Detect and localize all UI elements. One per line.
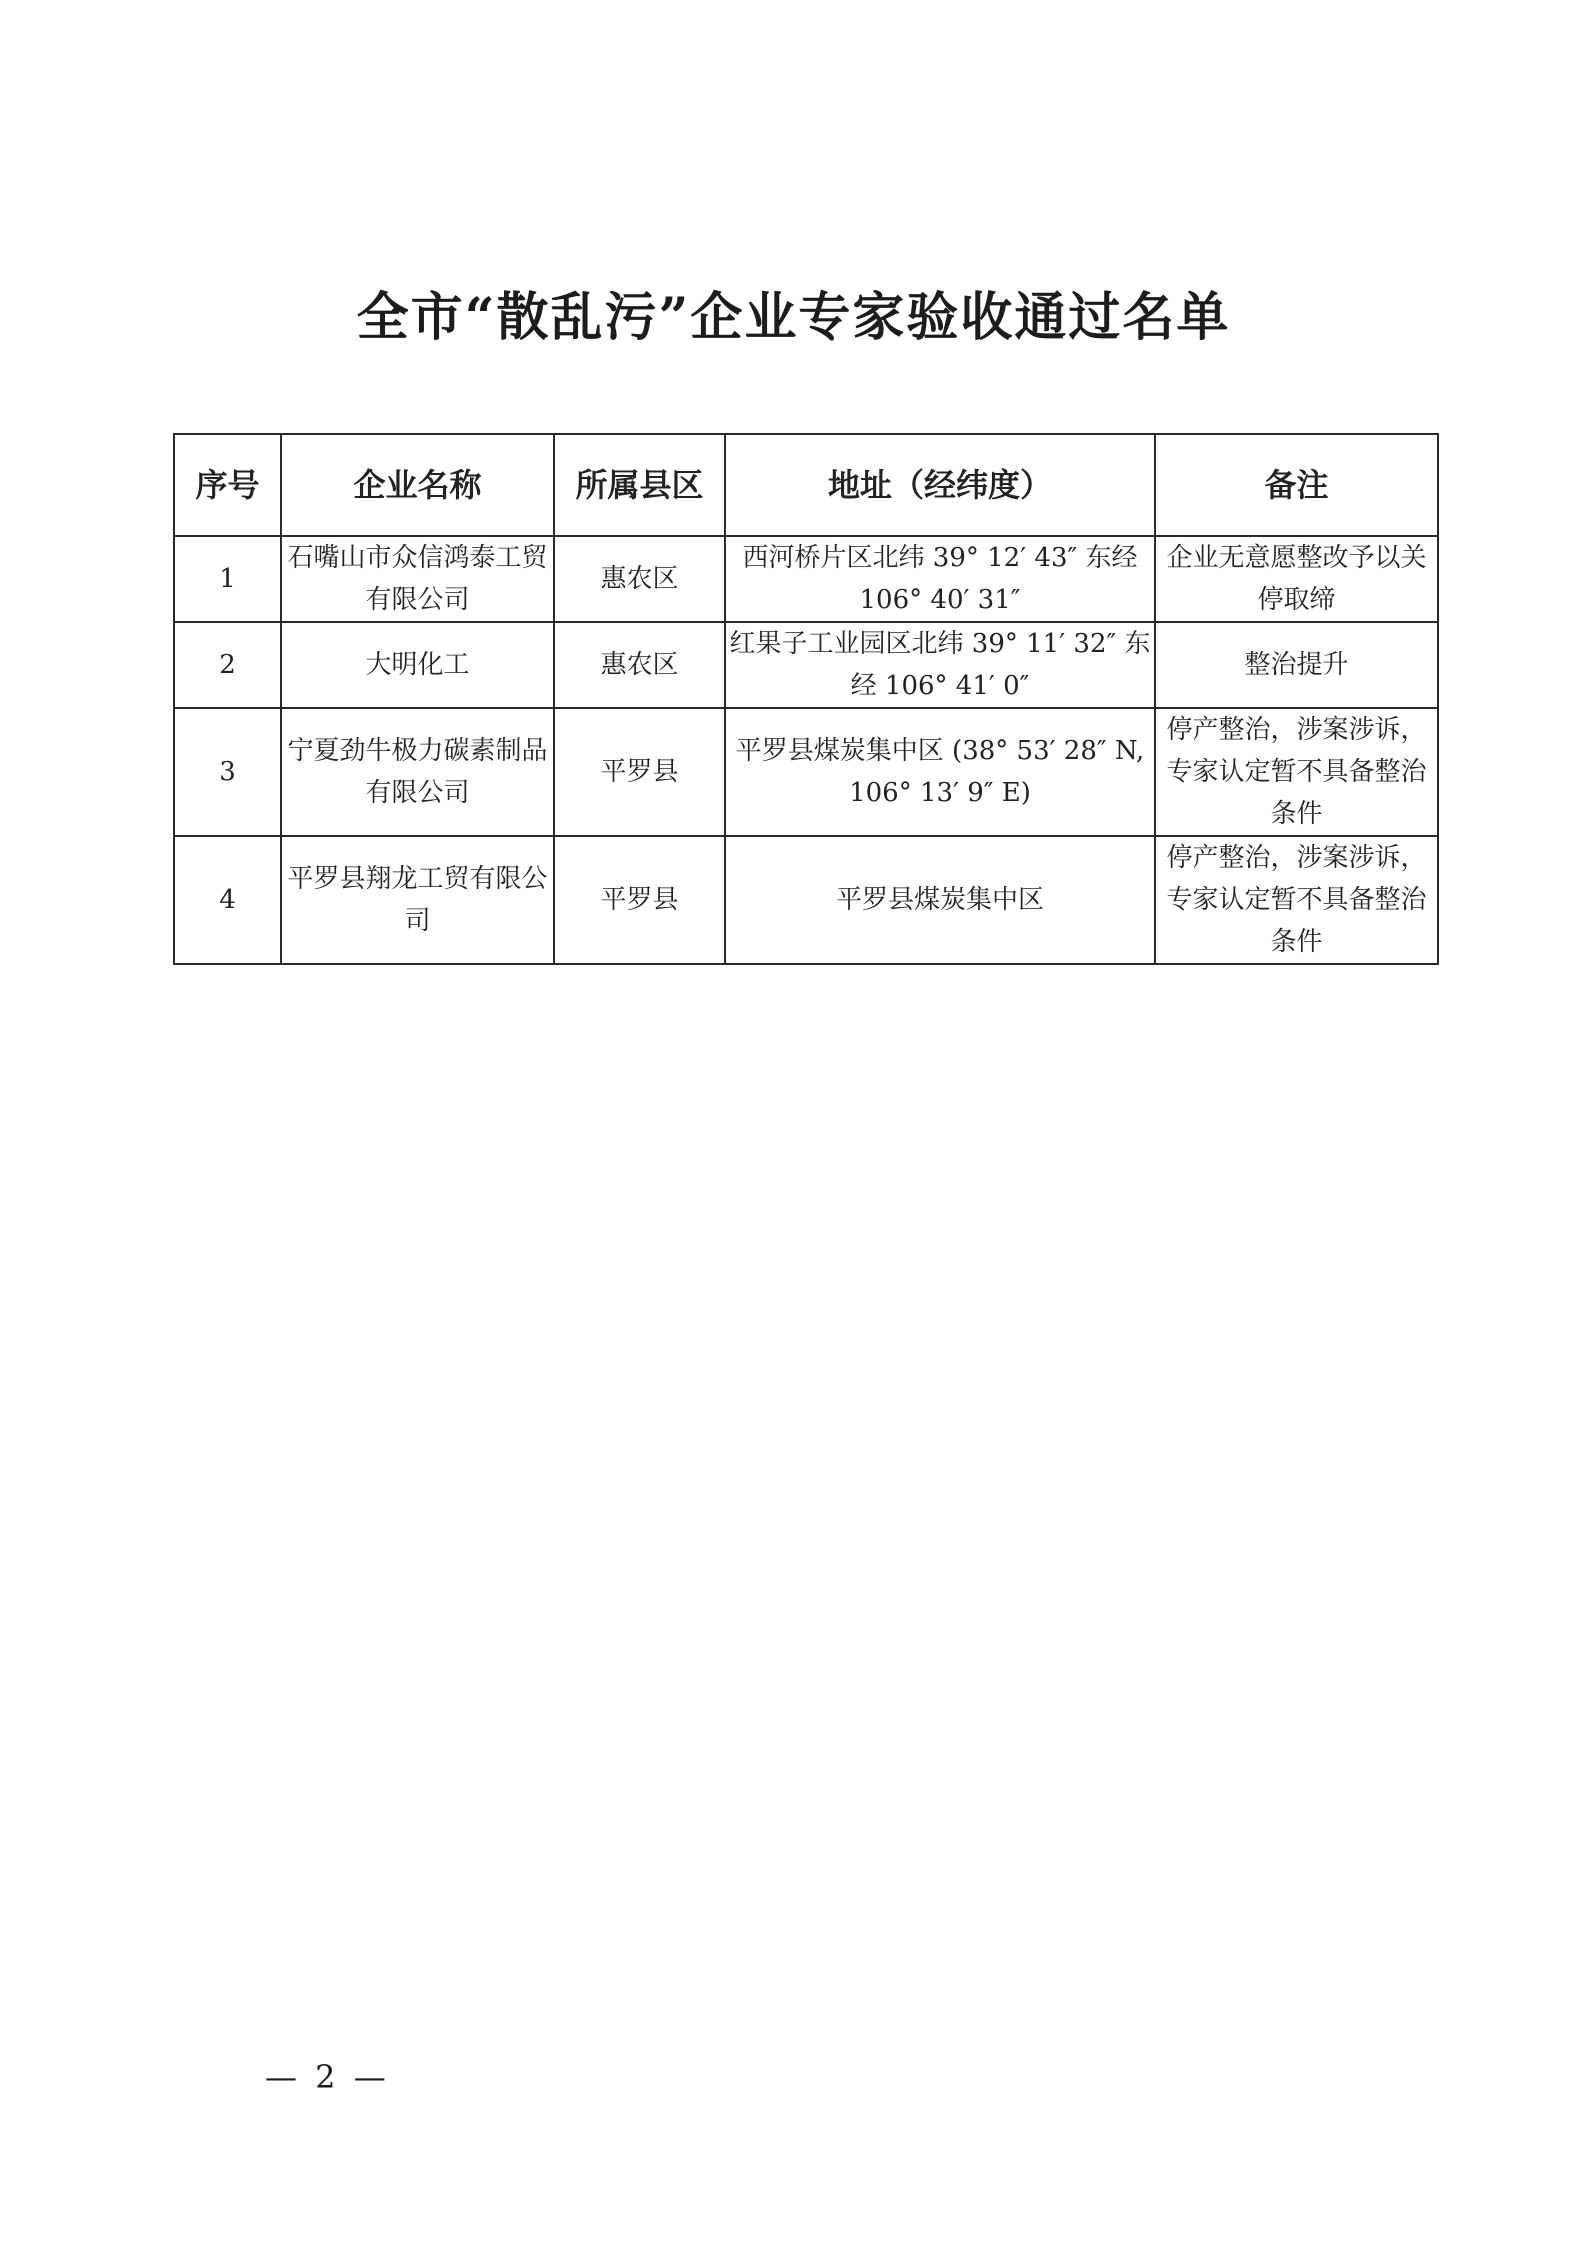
header-remark: 备注 bbox=[1155, 434, 1438, 536]
cell-remark: 企业无意愿整改予以关停取缔 bbox=[1155, 536, 1438, 622]
cell-index: 4 bbox=[174, 836, 281, 964]
cell-enterprise-name: 平罗县翔龙工贸有限公司 bbox=[281, 836, 554, 964]
table-row: 2 大明化工 惠农区 红果子工业园区北纬 39° 11′ 32″ 东经 106°… bbox=[174, 622, 1438, 708]
cell-district: 惠农区 bbox=[554, 536, 725, 622]
cell-index: 1 bbox=[174, 536, 281, 622]
header-enterprise-name: 企业名称 bbox=[281, 434, 554, 536]
header-district: 所属县区 bbox=[554, 434, 725, 536]
cell-enterprise-name: 大明化工 bbox=[281, 622, 554, 708]
page-number: — 2 — bbox=[265, 2058, 390, 2096]
table-row: 3 宁夏劲牛极力碳素制品有限公司 平罗县 平罗县煤炭集中区 (38° 53′ 2… bbox=[174, 708, 1438, 836]
cell-index: 3 bbox=[174, 708, 281, 836]
cell-remark: 停产整治，涉案涉诉，专家认定暂不具备整治条件 bbox=[1155, 708, 1438, 836]
header-index: 序号 bbox=[174, 434, 281, 536]
cell-address: 红果子工业园区北纬 39° 11′ 32″ 东经 106° 41′ 0″ bbox=[725, 622, 1155, 708]
cell-district: 惠农区 bbox=[554, 622, 725, 708]
cell-address: 西河桥片区北纬 39° 12′ 43″ 东经 106° 40′ 31″ bbox=[725, 536, 1155, 622]
cell-address: 平罗县煤炭集中区 (38° 53′ 28″ N, 106° 13′ 9″ E) bbox=[725, 708, 1155, 836]
cell-district: 平罗县 bbox=[554, 836, 725, 964]
cell-enterprise-name: 宁夏劲牛极力碳素制品有限公司 bbox=[281, 708, 554, 836]
cell-enterprise-name: 石嘴山市众信鸿泰工贸有限公司 bbox=[281, 536, 554, 622]
cell-district: 平罗县 bbox=[554, 708, 725, 836]
cell-index: 2 bbox=[174, 622, 281, 708]
cell-address: 平罗县煤炭集中区 bbox=[725, 836, 1155, 964]
cell-remark: 整治提升 bbox=[1155, 622, 1438, 708]
table-header-row: 序号 企业名称 所属县区 地址（经纬度） 备注 bbox=[174, 434, 1438, 536]
enterprise-list-table: 序号 企业名称 所属县区 地址（经纬度） 备注 1 石嘴山市众信鸿泰工贸有限公司… bbox=[173, 433, 1439, 965]
cell-remark: 停产整治，涉案涉诉，专家认定暂不具备整治条件 bbox=[1155, 836, 1438, 964]
table-row: 4 平罗县翔龙工贸有限公司 平罗县 平罗县煤炭集中区 停产整治，涉案涉诉，专家认… bbox=[174, 836, 1438, 964]
page-title: 全市“散乱污”企业专家验收通过名单 bbox=[0, 283, 1587, 353]
header-address: 地址（经纬度） bbox=[725, 434, 1155, 536]
table-row: 1 石嘴山市众信鸿泰工贸有限公司 惠农区 西河桥片区北纬 39° 12′ 43″… bbox=[174, 536, 1438, 622]
